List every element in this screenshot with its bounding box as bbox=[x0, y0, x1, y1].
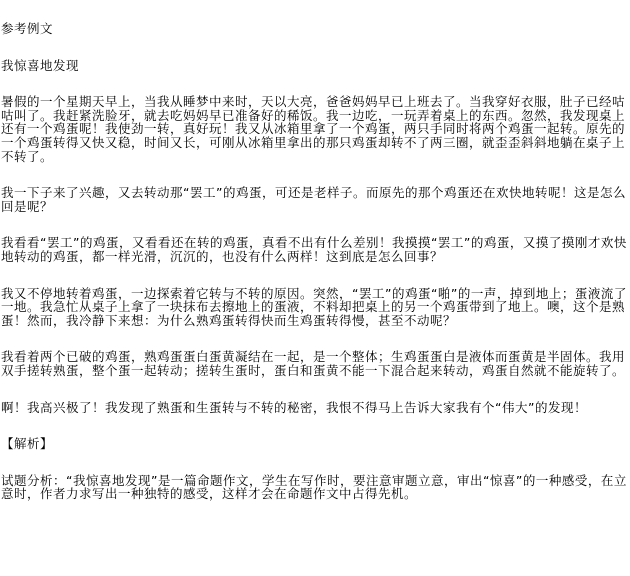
essay-paragraph-2: 我一下子来了兴趣，又去转动那“罢工”的鸡蛋，可还是老样子。而原先的那个鸡蛋还在欢… bbox=[1, 186, 629, 213]
essay-paragraph-5: 我看着两个已破的鸡蛋，熟鸡蛋蛋白蛋黄凝结在一起，是一个整体；生鸡蛋蛋白是液体而蛋… bbox=[1, 350, 629, 377]
essay-paragraph-1: 暑假的一个星期天早上，当我从睡梦中来时，天以大亮，爸爸妈妈早已上班去了。当我穿好… bbox=[1, 95, 629, 163]
essay-paragraph-3: 我看看“罢工”的鸡蛋，又看看还在转的鸡蛋，真看不出有什么差别！我摸摸“罢工”的鸡… bbox=[1, 236, 629, 263]
essay-title: 我惊喜地发现 bbox=[1, 59, 629, 73]
section-label: 参考例文 bbox=[1, 22, 629, 36]
analysis-label: 【解析】 bbox=[1, 437, 629, 451]
essay-paragraph-6: 啊！我高兴极了！我发现了熟蛋和生蛋转与不转的秘密，我恨不得马上告诉大家我有个“伟… bbox=[1, 401, 629, 415]
analysis-text: 试题分析：“我惊喜地发现”是一篇命题作文，学生在写作时，要注意审题立意，审出“惊… bbox=[1, 474, 629, 501]
essay-paragraph-4: 我又不停地转着鸡蛋，一边探索着它转与不转的原因。突然，“罢工”的鸡蛋“啪”的一声… bbox=[1, 287, 629, 328]
document-page: 参考例文 我惊喜地发现 暑假的一个星期天早上，当我从睡梦中来时，天以大亮，爸爸妈… bbox=[0, 0, 630, 501]
